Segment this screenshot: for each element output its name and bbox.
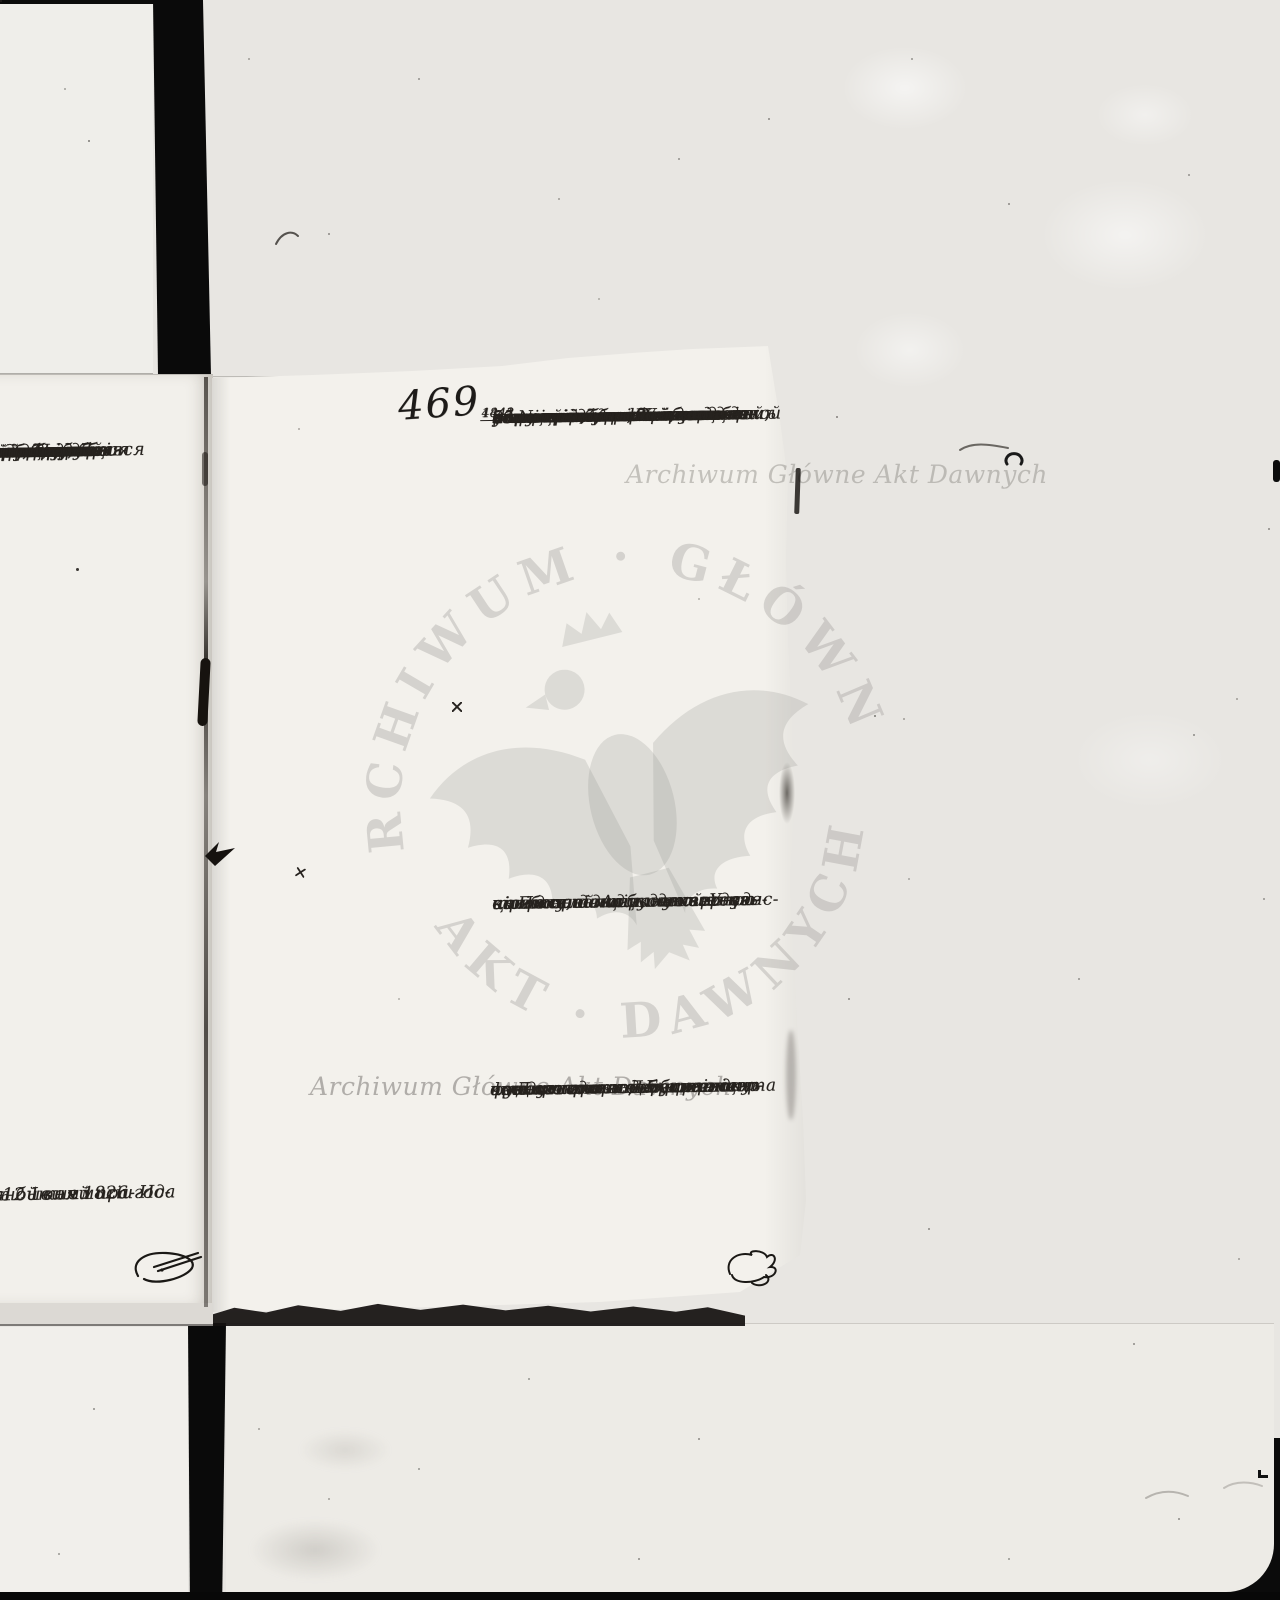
handwritten-line: ій отъ 12 Іюня 1826 года: [0, 1180, 176, 1208]
ink-half-ring-mark: [1004, 452, 1024, 466]
signature-flourish-right-icon: [722, 1248, 782, 1290]
ink-mark: [295, 867, 306, 878]
bleed-through-smudge: [250, 1520, 380, 1580]
dust-specks: [0, 0, 2, 2]
previous-frame-blank-sheet: [0, 3, 153, 374]
page-edge-ink-dash: [794, 468, 801, 514]
binding-ink-blob: [202, 452, 208, 486]
page-edge-smudge: [779, 762, 795, 824]
left-page: [0, 374, 213, 1304]
film-bottom-edge-strip: [0, 1592, 1280, 1600]
next-frame-blank-sheet-left: [0, 1327, 188, 1593]
bleed-through-smudge: [300, 1430, 390, 1470]
film-edge-blob: [1273, 460, 1280, 482]
film-separator-bar-top: [150, 0, 214, 375]
handwritten-line: отъ складокъ въ прихожанъ: [490, 1074, 761, 1104]
microfilm-scan-frame: ARCHIWUM · GŁÓWNE AKT · DAWNYCH Archiwum…: [0, 0, 1280, 1600]
handwritten-line: требованіе церковной Упра-: [492, 888, 761, 917]
right-page: [212, 344, 810, 1316]
left-page-under-edge: [0, 1303, 213, 1326]
handwritten-line: бумагу: [0, 441, 34, 467]
scratch-mark: [1144, 1486, 1190, 1502]
handwritten-line: вы..: [492, 891, 528, 917]
page-edge-smudge: [786, 1030, 796, 1120]
binding-thread-icon: [203, 840, 237, 870]
scratch-mark: [958, 440, 1010, 454]
ink-mark: [452, 702, 462, 712]
fiber-mark: [274, 226, 300, 246]
ink-dot: [76, 568, 79, 571]
film-separator-bar-bottom: [188, 1323, 226, 1600]
page-number: 469: [396, 378, 481, 430]
film-edge-mark: [1258, 1470, 1268, 1478]
signature-flourish-left-icon: [126, 1246, 206, 1290]
film-top-edge-strip: [0, 0, 155, 4]
handwritten-line: состояніе каждаго лица.: [492, 402, 732, 431]
scratch-mark: [1222, 1478, 1264, 1492]
